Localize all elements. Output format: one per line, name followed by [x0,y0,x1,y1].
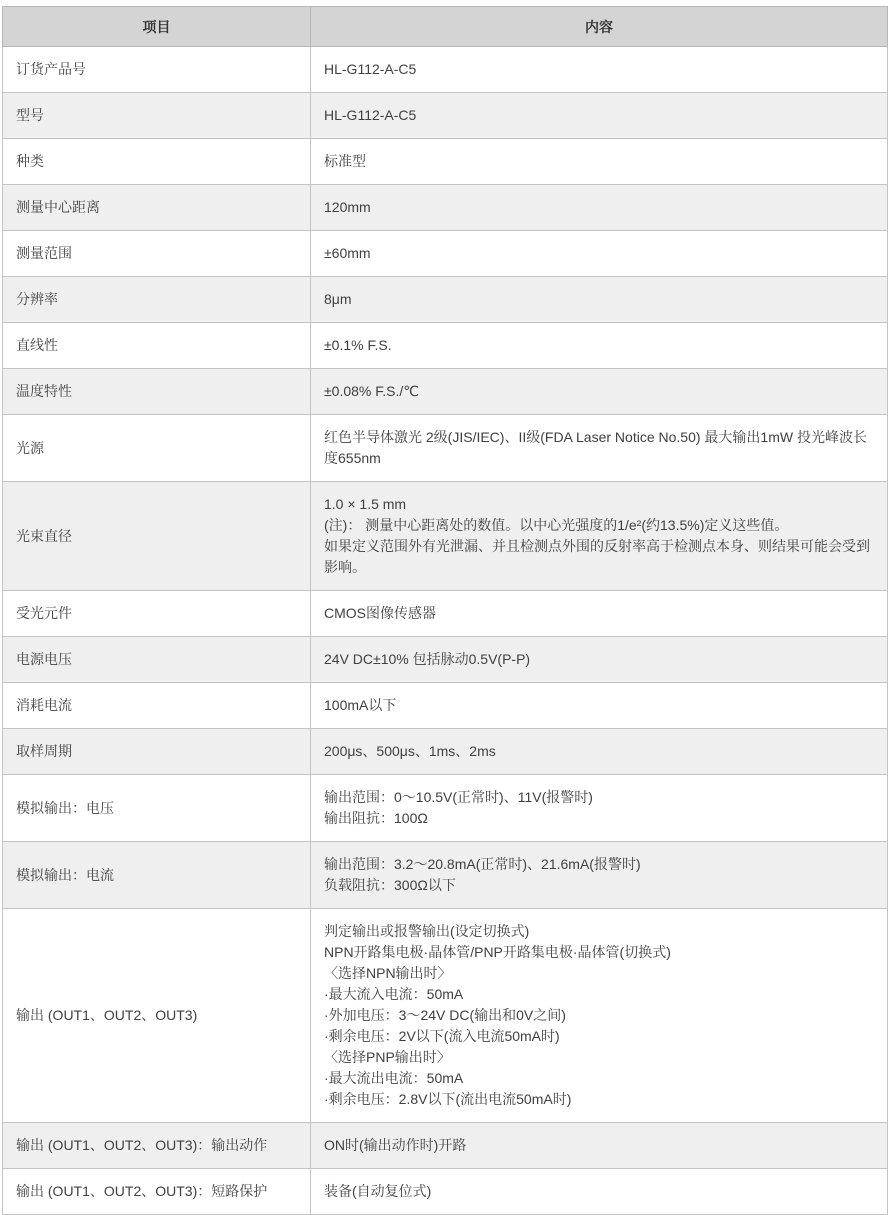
table-row: 温度特性 ±0.08% F.S./℃ [3,369,888,415]
spec-value: ±0.1% F.S. [311,323,888,369]
spec-item: 取样周期 [3,729,311,775]
spec-value: 24V DC±10% 包括脉动0.5V(P-P) [311,637,888,683]
table-header: 项目 内容 [3,7,888,47]
spec-value: HL-G112-A-C5 [311,47,888,93]
table-row: 测量中心距离 120mm [3,185,888,231]
spec-item: 光源 [3,415,311,482]
spec-item: 直线性 [3,323,311,369]
table-row: 电源电压 24V DC±10% 包括脉动0.5V(P-P) [3,637,888,683]
table-row: 订货产品号 HL-G112-A-C5 [3,47,888,93]
spec-value: CMOS图像传感器 [311,591,888,637]
column-header-item: 项目 [3,7,311,47]
spec-value: ±0.08% F.S./℃ [311,369,888,415]
table-row: 种类 标准型 [3,139,888,185]
spec-item: 分辨率 [3,277,311,323]
spec-item: 温度特性 [3,369,311,415]
spec-item: 输出 (OUT1、OUT2、OUT3)：输出动作 [3,1123,311,1169]
spec-item: 输出 (OUT1、OUT2、OUT3) [3,909,311,1123]
spec-item: 型号 [3,93,311,139]
spec-item: 输出 (OUT1、OUT2、OUT3)：短路保护 [3,1169,311,1215]
spec-value: 100mA以下 [311,683,888,729]
table-row: 直线性 ±0.1% F.S. [3,323,888,369]
spec-item: 订货产品号 [3,47,311,93]
table-row: 测量范围 ±60mm [3,231,888,277]
spec-value: 红色半导体激光 2级(JIS/IEC)、II级(FDA Laser Notice… [311,415,888,482]
table-body: 订货产品号 HL-G112-A-C5 型号 HL-G112-A-C5 种类 标准… [3,47,888,1215]
table-row: 光束直径 1.0 × 1.5 mm (注)： 测量中心距离处的数值。以中心光强度… [3,482,888,591]
spec-item: 受光元件 [3,591,311,637]
spec-item: 光束直径 [3,482,311,591]
table-row: 受光元件 CMOS图像传感器 [3,591,888,637]
spec-value: 120mm [311,185,888,231]
spec-value: 输出范围：3.2～20.8mA(正常时)、21.6mA(报警时) 负载阻抗：30… [311,842,888,909]
spec-item: 模拟输出：电压 [3,775,311,842]
table-row: 输出 (OUT1、OUT2、OUT3)：短路保护 装备(自动复位式) [3,1169,888,1215]
spec-item: 种类 [3,139,311,185]
table-row: 分辨率 8μm [3,277,888,323]
spec-value: ±60mm [311,231,888,277]
spec-page: 项目 内容 订货产品号 HL-G112-A-C5 型号 HL-G112-A-C5… [0,0,890,1215]
table-row: 输出 (OUT1、OUT2、OUT3) 判定输出或报警输出(设定切换式) NPN… [3,909,888,1123]
spec-item: 电源电压 [3,637,311,683]
table-row: 取样周期 200μs、500μs、1ms、2ms [3,729,888,775]
table-row: 模拟输出：电流 输出范围：3.2～20.8mA(正常时)、21.6mA(报警时)… [3,842,888,909]
spec-value: 装备(自动复位式) [311,1169,888,1215]
spec-value: 判定输出或报警输出(设定切换式) NPN开路集电极·晶体管/PNP开路集电极·晶… [311,909,888,1123]
spec-item: 测量中心距离 [3,185,311,231]
spec-value: 200μs、500μs、1ms、2ms [311,729,888,775]
spec-value: 标准型 [311,139,888,185]
spec-value: 输出范围：0～10.5V(正常时)、11V(报警时) 输出阻抗：100Ω [311,775,888,842]
header-row: 项目 内容 [3,7,888,47]
spec-item: 消耗电流 [3,683,311,729]
spec-value: ON时(输出动作时)开路 [311,1123,888,1169]
table-row: 消耗电流 100mA以下 [3,683,888,729]
spec-value: HL-G112-A-C5 [311,93,888,139]
column-header-content: 内容 [311,7,888,47]
spec-value: 1.0 × 1.5 mm (注)： 测量中心距离处的数值。以中心光强度的1/e²… [311,482,888,591]
spec-value: 8μm [311,277,888,323]
spec-item: 模拟输出：电流 [3,842,311,909]
table-row: 型号 HL-G112-A-C5 [3,93,888,139]
table-row: 输出 (OUT1、OUT2、OUT3)：输出动作 ON时(输出动作时)开路 [3,1123,888,1169]
table-row: 光源 红色半导体激光 2级(JIS/IEC)、II级(FDA Laser Not… [3,415,888,482]
table-row: 模拟输出：电压 输出范围：0～10.5V(正常时)、11V(报警时) 输出阻抗：… [3,775,888,842]
spec-table: 项目 内容 订货产品号 HL-G112-A-C5 型号 HL-G112-A-C5… [2,6,888,1215]
spec-item: 测量范围 [3,231,311,277]
